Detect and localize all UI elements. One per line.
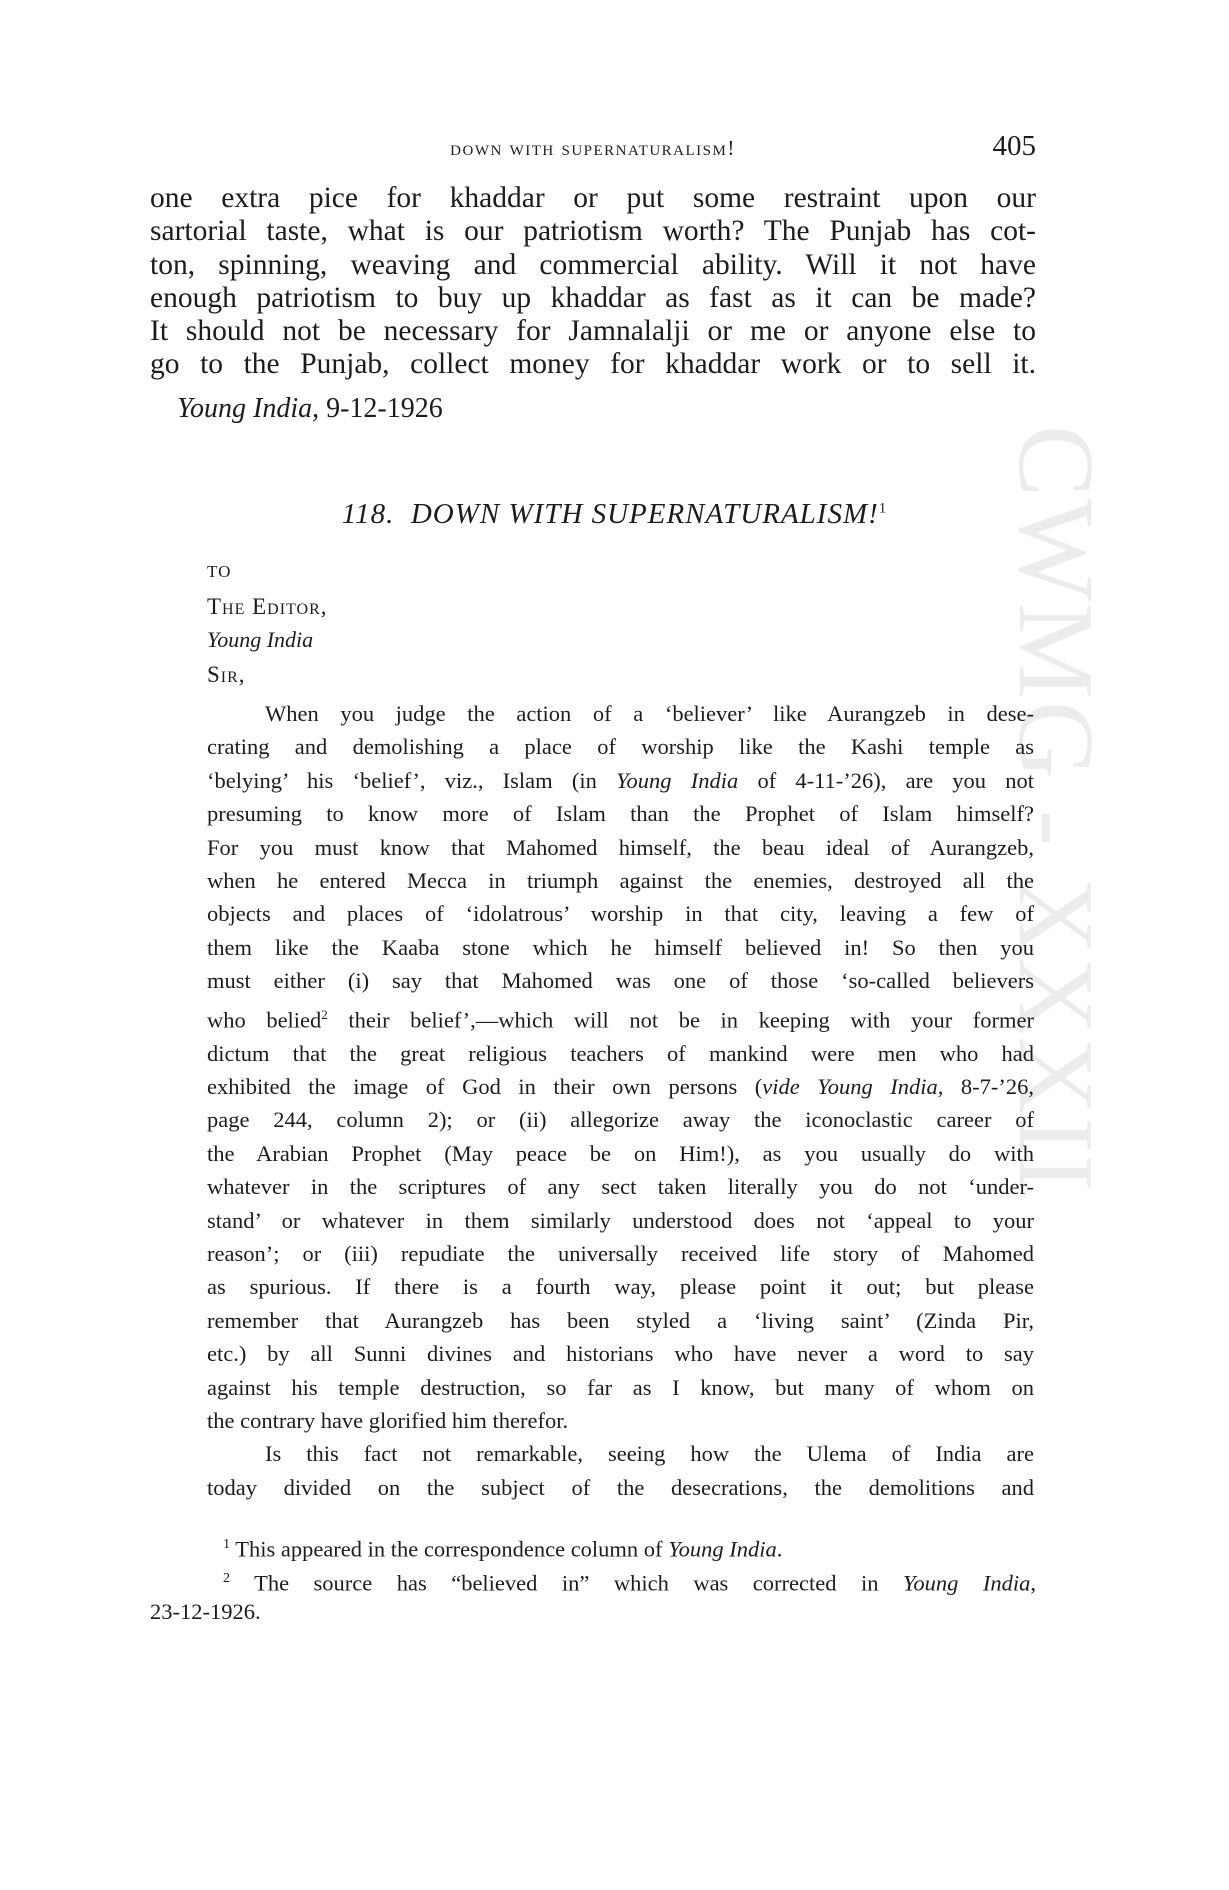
footnote-continuation: 23-12-1926. xyxy=(150,1597,1036,1626)
text-line: stand’ or whatever in them similarly und… xyxy=(207,1204,1034,1237)
text-line: page 244, column 2); or (ii) allegorize … xyxy=(207,1103,1034,1136)
text-line: ton, spinning, weaving and commercial ab… xyxy=(150,249,1036,282)
page-number: 405 xyxy=(993,130,1037,163)
text-line: whatever in the scriptures of any sect t… xyxy=(207,1170,1034,1203)
running-head-title: DOWN WITH SUPERNATURALISM! xyxy=(150,136,1036,161)
text-line: the Arabian Prophet (May peace be on Him… xyxy=(207,1137,1034,1170)
text-line: one extra pice for khaddar or put some r… xyxy=(150,182,1036,215)
source-citation: Young India, 9-12-1926 xyxy=(177,393,443,425)
article-title: DOWN WITH SUPERNATURALISM! xyxy=(411,498,879,530)
address-editor: The Editor, xyxy=(207,594,328,620)
text-line: etc.) by all Sunni divines and historian… xyxy=(207,1337,1034,1370)
text-line: For you must know that Mahomed himself, … xyxy=(207,831,1034,864)
article-heading: 118. DOWN WITH SUPERNATURALISM!1 xyxy=(0,498,1229,531)
text-line: must either (i) say that Mahomed was one… xyxy=(207,964,1034,997)
text-line: dictum that the great religious teachers… xyxy=(207,1037,1034,1070)
footnotes: 1 This appeared in the correspondence co… xyxy=(150,1530,1036,1626)
text-line: them like the Kaaba stone which he himse… xyxy=(207,931,1034,964)
running-head: DOWN WITH SUPERNATURALISM! 405 xyxy=(150,130,1036,166)
text-line: It should not be necessary for Jamnalalj… xyxy=(150,315,1036,348)
article-number: 118. xyxy=(342,498,395,530)
footnote-1: 1 This appeared in the correspondence co… xyxy=(150,1530,1036,1564)
text-line: remember that Aurangzeb has been styled … xyxy=(207,1304,1034,1337)
text-line: Is this fact not remarkable, seeing how … xyxy=(207,1437,1034,1470)
text-line: objects and places of ‘idolatrous’ worsh… xyxy=(207,897,1034,930)
text-line: sartorial taste, what is our patriotism … xyxy=(150,215,1036,248)
text-line: against his temple destruction, so far a… xyxy=(207,1371,1034,1404)
citation-source: Young India xyxy=(177,393,312,424)
text-line: exhibited the image of God in their own … xyxy=(207,1070,1034,1103)
text-line: When you judge the action of a ‘believer… xyxy=(207,697,1034,730)
opening-paragraph: one extra pice for khaddar or put some r… xyxy=(150,182,1036,382)
letter-body: When you judge the action of a ‘believer… xyxy=(207,697,1034,1504)
document-page: CWMG - XXXII DOWN WITH SUPERNATURALISM! … xyxy=(0,0,1229,1890)
text-line: when he entered Mecca in triumph against… xyxy=(207,864,1034,897)
text-line: presuming to know more of Islam than the… xyxy=(207,797,1034,830)
text-line: as spurious. If there is a fourth way, p… xyxy=(207,1270,1034,1303)
text-line: ‘belying’ his ‘belief’, viz., Islam (in … xyxy=(207,764,1034,797)
text-line: enough patriotism to buy up khaddar as f… xyxy=(150,282,1036,315)
text-line: reason’; or (iii) repudiate the universa… xyxy=(207,1237,1034,1270)
footnote-ref-2[interactable]: 2 xyxy=(321,1007,328,1022)
text-line: who belied2 their belief’,—which will no… xyxy=(207,998,1034,1037)
text-line: go to the Punjab, collect money for khad… xyxy=(150,348,1036,381)
address-paper: Young India xyxy=(207,627,313,653)
salutation: Sir, xyxy=(207,662,246,688)
text-line: crating and demolishing a place of worsh… xyxy=(207,730,1034,763)
text-line: today divided on the subject of the dese… xyxy=(207,1471,1034,1504)
text-line: the contrary have glorified him therefor… xyxy=(207,1404,1034,1437)
footnote-ref-1[interactable]: 1 xyxy=(879,500,888,516)
address-to: to xyxy=(207,562,231,582)
citation-date: , 9-12-1926 xyxy=(312,393,443,424)
footnote-2: 2 The source has “believed in” which was… xyxy=(150,1564,1036,1598)
